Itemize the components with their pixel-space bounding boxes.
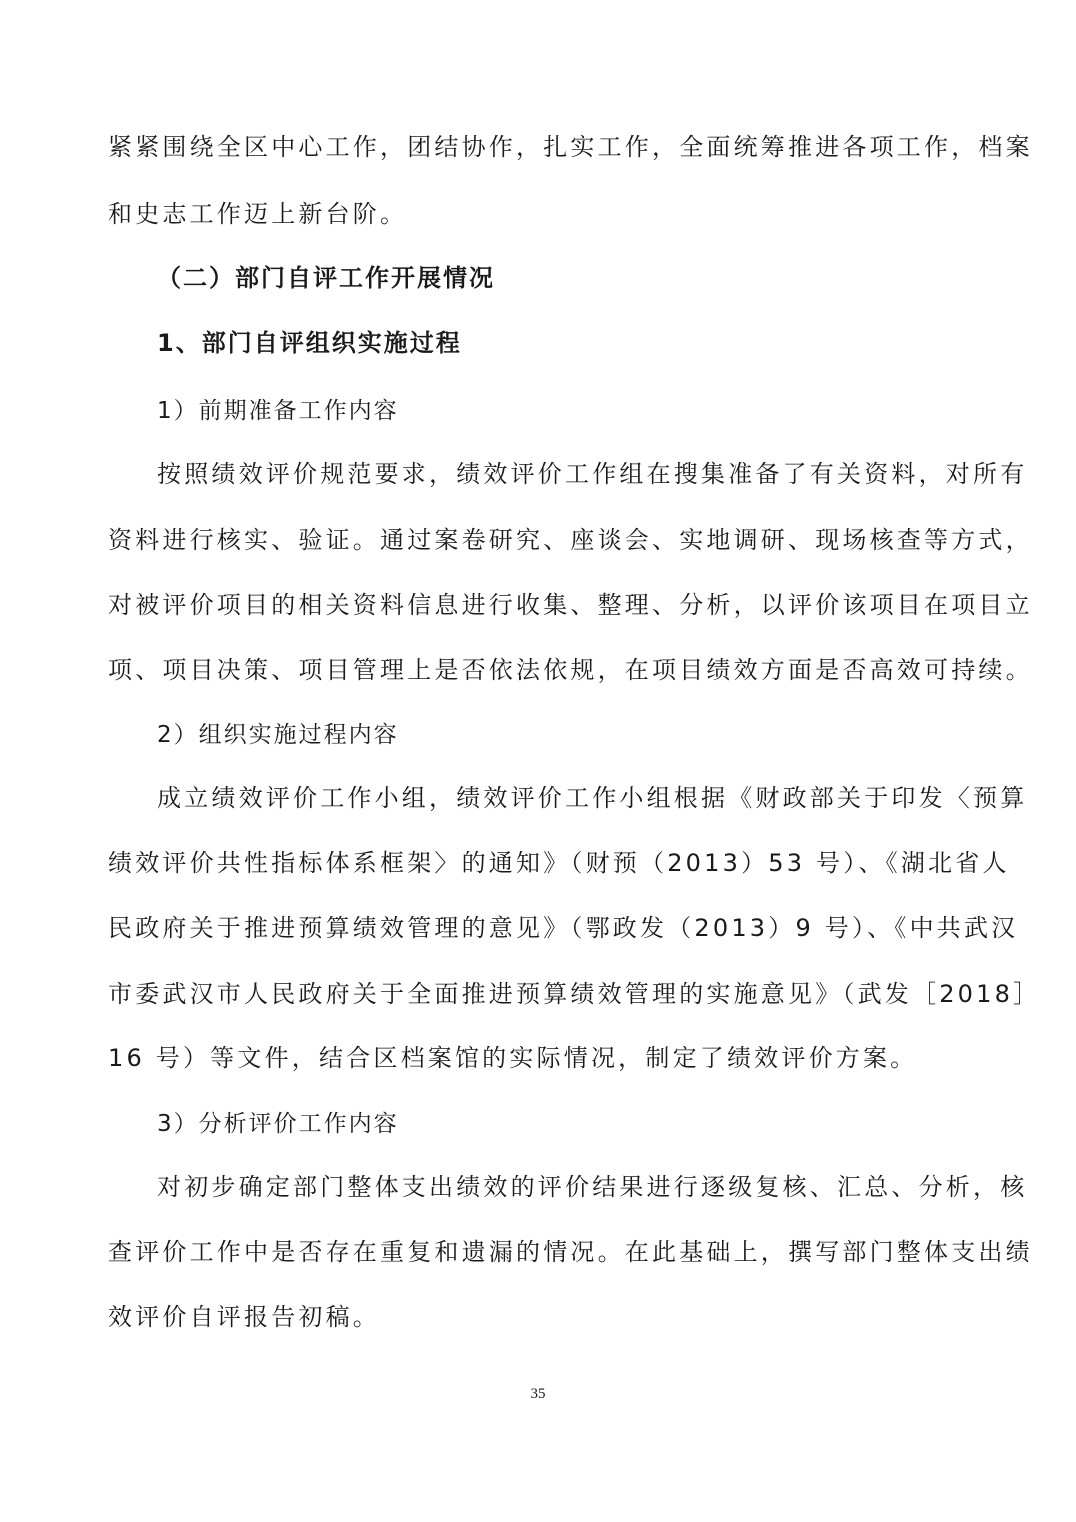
paragraph-line: 民政府关于推进预算绩效管理的意见》（鄂政发（2013）9 号）、《中共武汉 — [108, 913, 1018, 943]
paragraph-line: 效评价自评报告初稿。 — [108, 1302, 380, 1332]
subsection-heading: 1、部门自评组织实施过程 — [157, 328, 462, 358]
page-number: 35 — [0, 1386, 1076, 1403]
section-heading: （二）部门自评工作开展情况 — [157, 263, 495, 293]
paragraph-line: 对被评价项目的相关资料信息进行收集、整理、分析，以评价该项目在项目立 — [108, 590, 1033, 620]
paragraph-line: 成立绩效评价工作小组，绩效评价工作小组根据《财政部关于印发〈预算 — [157, 783, 1027, 813]
paragraph-line: 查评价工作中是否存在重复和遗漏的情况。在此基础上，撰写部门整体支出绩 — [108, 1237, 1033, 1267]
paragraph-line: 对初步确定部门整体支出绩效的评价结果进行逐级复核、汇总、分析，核 — [157, 1172, 1027, 1202]
paragraph-line: 紧紧围绕全区中心工作，团结协作，扎实工作，全面统筹推进各项工作，档案 — [108, 132, 1033, 162]
paragraph-line: 项、项目决策、项目管理上是否依法依规，在项目绩效方面是否高效可持续。 — [108, 655, 1033, 685]
paragraph-line: 绩效评价共性指标体系框架〉的通知》（财预（2013）53 号）、《湖北省人 — [108, 848, 1010, 878]
paragraph-line: 按照绩效评价规范要求，绩效评价工作组在搜集准备了有关资料，对所有 — [157, 459, 1027, 489]
item-title: 2）组织实施过程内容 — [157, 720, 399, 750]
item-title: 1）前期准备工作内容 — [157, 396, 399, 426]
paragraph-line: 市委武汉市人民政府关于全面推进预算绩效管理的实施意见》（武发［2018］ — [108, 979, 1040, 1009]
paragraph-line: 16 号）等文件，结合区档案馆的实际情况，制定了绩效评价方案。 — [108, 1043, 917, 1073]
item-title: 3）分析评价工作内容 — [157, 1109, 399, 1139]
paragraph-line: 资料进行核实、验证。通过案卷研究、座谈会、实地调研、现场核查等方式， — [108, 525, 1033, 555]
paragraph-line: 和史志工作迈上新台阶。 — [108, 199, 407, 229]
